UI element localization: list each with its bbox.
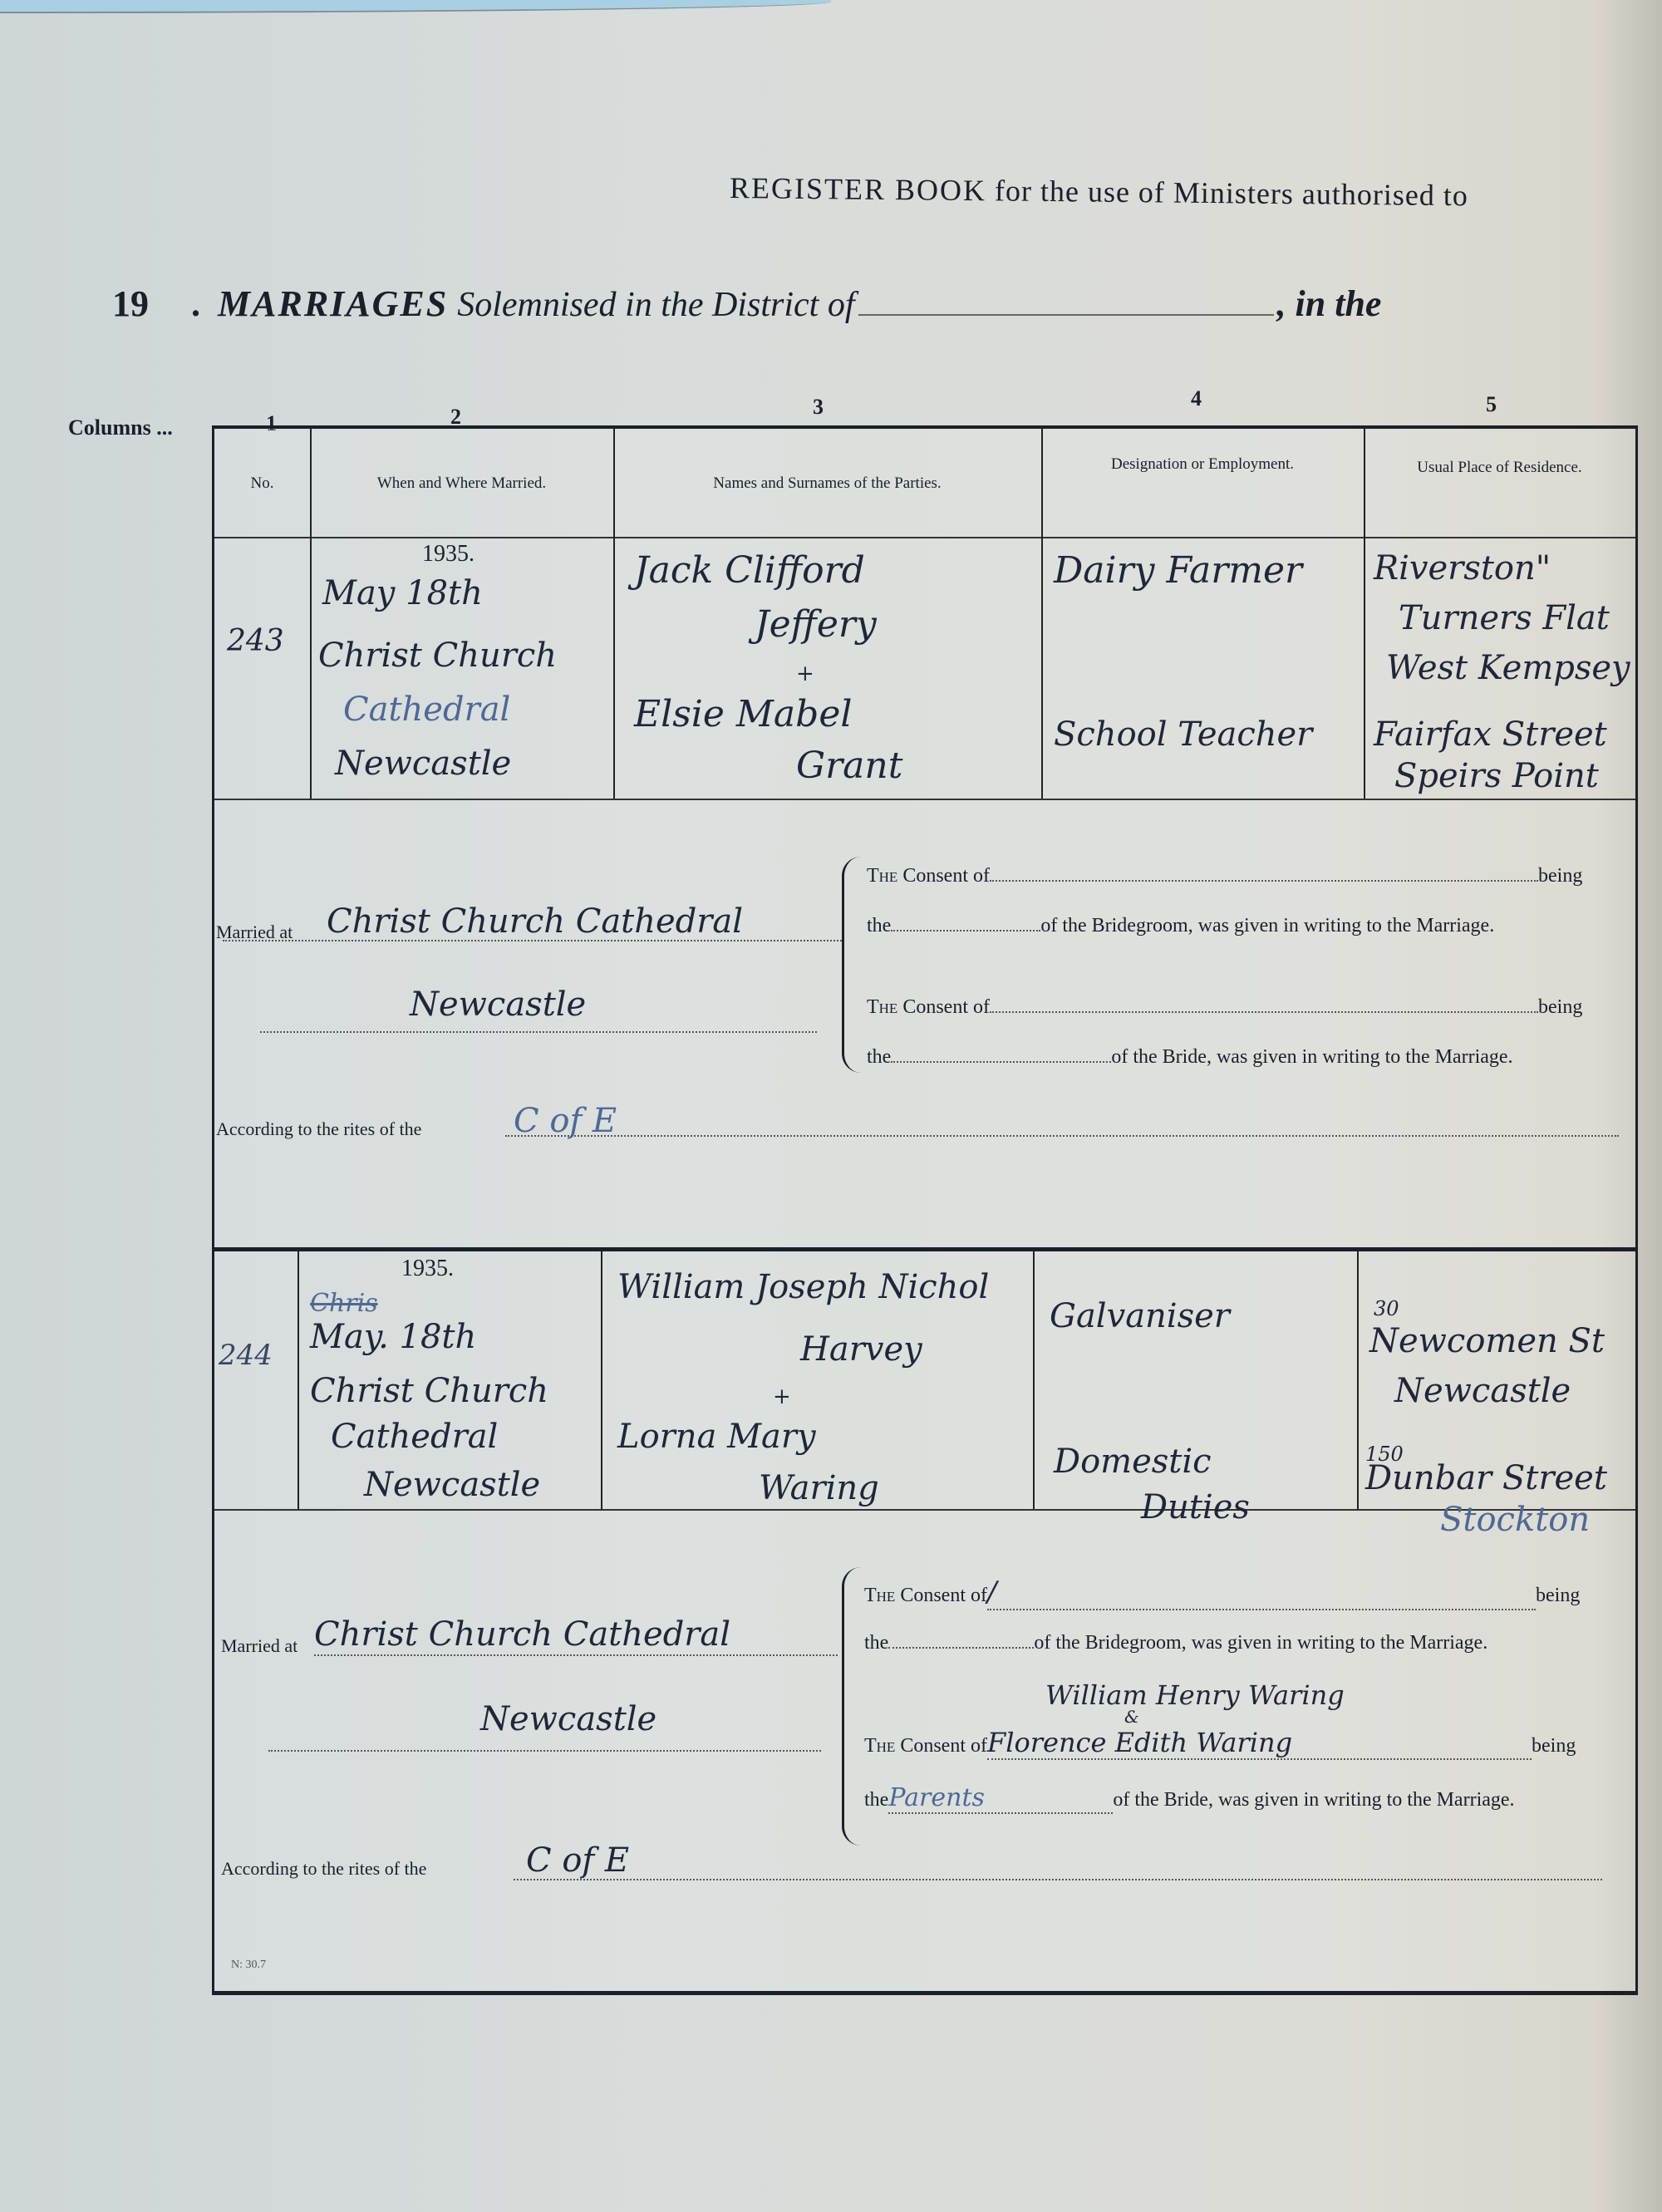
form-code: N: 30.7 [231, 1959, 266, 1972]
rites-value: C of E [526, 1841, 629, 1880]
header-residence: Usual Place of Residence. [1364, 459, 1635, 477]
being-label: being [1538, 865, 1582, 887]
groom-occupation: Galvaniser [1050, 1297, 1230, 1335]
bride-name-line: Grant [796, 745, 902, 787]
column-divider [1364, 537, 1365, 799]
the-label: the [867, 915, 891, 936]
married-at-line2: Newcastle [410, 986, 586, 1024]
married-at-rule [260, 1031, 817, 1033]
bride-residence-line: Dunbar Street [1365, 1459, 1607, 1497]
column-divider [613, 537, 615, 799]
consent-the: The [864, 1735, 895, 1757]
bride-residence-line: Fairfax Street [1374, 715, 1607, 754]
entry-place-line: Newcastle [364, 1466, 540, 1504]
column-divider [297, 1251, 299, 1509]
entry-place-line: Cathedral [331, 1418, 498, 1456]
groom-residence-line: Turners Flat [1399, 599, 1610, 637]
consent-bride-of-field[interactable] [990, 1011, 1538, 1013]
header-when-where: When and Where Married. [310, 474, 613, 493]
groom-name-line: Jack Clifford [634, 549, 865, 592]
table-row: 244 1935. Chris May. 18th Christ Church … [214, 1251, 1635, 1511]
entry-number: 243 [227, 624, 284, 658]
bride-occupation-line: Domestic [1054, 1443, 1212, 1481]
entry-date: May. 18th [310, 1318, 476, 1356]
consent-groom-of-field[interactable] [990, 880, 1538, 882]
consent-of-label: Consent of [902, 996, 990, 1018]
married-at-rule [314, 1654, 838, 1656]
joiner: + [773, 1384, 791, 1409]
column-number-3: 3 [813, 395, 824, 420]
bride-name-line: Waring [759, 1469, 879, 1507]
married-at-rule [223, 940, 842, 941]
being-label: being [1536, 1585, 1580, 1606]
entry-year: 1935. [401, 1256, 454, 1282]
heading-end: , in the [1277, 283, 1382, 324]
entry-place-line: Christ Church [310, 1372, 548, 1410]
consent-bride-of-field[interactable]: Florence Edith Waring [987, 1727, 1532, 1760]
columns-label: Columns ... [68, 415, 173, 440]
header-names: Names and Surnames of the Parties. [613, 474, 1041, 493]
consent-groom-relation-field[interactable] [888, 1647, 1034, 1649]
entry-date-struck: Chris [310, 1289, 378, 1318]
consent-bride-line2: theParentsof the Bride, was given in wri… [864, 1783, 1515, 1814]
consent-bride-relation-field[interactable] [891, 1061, 1111, 1063]
groom-residence-line: Newcastle [1394, 1372, 1571, 1410]
groom-occupation: Dairy Farmer [1054, 549, 1302, 592]
column-divider [1041, 429, 1043, 537]
groom-residence-line: West Kempsey [1386, 649, 1630, 687]
consent-bride-relation-field[interactable]: Parents [888, 1783, 1113, 1814]
consent-bride-joiner: & [1124, 1707, 1139, 1727]
column-divider [310, 537, 312, 799]
groom-name-line: Harvey [800, 1330, 922, 1369]
column-divider [1041, 537, 1043, 799]
the-label: the [864, 1632, 888, 1654]
consent-of-label: Consent of [900, 1735, 987, 1757]
entry-place-line: Newcastle [335, 745, 511, 783]
consent-bride-line2: theof the Bride, was given in writing to… [867, 1046, 1513, 1069]
dot-separator: . [191, 283, 200, 324]
entry-number: 244 [219, 1339, 273, 1372]
being-label: being [1538, 996, 1582, 1018]
marriage-details-244: Married at Christ Church Cathedral Newca… [214, 1509, 1635, 1974]
married-at-rule [268, 1750, 821, 1752]
bride-residence-line: Speirs Point [1394, 757, 1599, 795]
consent-groom-suffix: of the Bridegroom, was given in writing … [1034, 1632, 1487, 1654]
column-divider [601, 1251, 602, 1509]
table-row: 243 1935. May 18th Christ Church Cathedr… [214, 537, 1635, 800]
groom-name-line: William Joseph Nichol [617, 1268, 989, 1306]
consent-groom-suffix: of the Bridegroom, was given in writing … [1040, 915, 1494, 936]
consent-bride-parent-1: William Henry Waring [1045, 1679, 1345, 1711]
married-at-value: Christ Church Cathedral [327, 902, 743, 941]
joiner: + [796, 661, 814, 686]
the-label: the [867, 1046, 891, 1068]
column-divider [1033, 1251, 1035, 1509]
consent-groom-line1: The Consent ofbeing [867, 865, 1582, 887]
header-no: No. [214, 474, 310, 493]
table-header-row: No. When and Where Married. Names and Su… [214, 429, 1635, 538]
the-label: the [864, 1789, 888, 1811]
married-at-line2: Newcastle [480, 1700, 656, 1738]
groom-residence-line: Riverston" [1374, 549, 1551, 587]
consent-groom-relation-field[interactable] [891, 930, 1040, 931]
bride-occupation: School Teacher [1054, 715, 1312, 754]
consent-bride-line1: The Consent ofbeing [867, 996, 1582, 1019]
column-number-5: 5 [1486, 392, 1497, 417]
groom-residence-line: Newcomen St [1369, 1322, 1605, 1360]
consent-of-label: Consent of [902, 865, 990, 887]
page-top-edge [0, 0, 831, 13]
consent-the: The [864, 1585, 895, 1606]
brace [842, 857, 861, 1073]
column-divider [1364, 429, 1365, 537]
marriage-details-243: Married at Christ Church Cathedral Newca… [214, 799, 1635, 1189]
register-title: REGISTER BOOK for the use of Ministers a… [730, 170, 1468, 213]
entry-year: 1935. [422, 541, 475, 568]
heading-rest: Solemnised in the District of [457, 286, 854, 324]
consent-groom-of-field[interactable]: / [987, 1575, 1536, 1610]
entry-place-line: Cathedral [343, 691, 510, 729]
rites-label: According to the rites of the [221, 1858, 426, 1880]
rites-rule [505, 1135, 1619, 1137]
entry-date: May 18th [322, 574, 483, 612]
married-at-value: Christ Church Cathedral [314, 1615, 730, 1654]
consent-bride-suffix: of the Bride, was given in writing to th… [1113, 1789, 1514, 1811]
header-designation: Designation or Employment. [1041, 455, 1364, 474]
marriages-heading: 19 . MARRIAGES Solemnised in the Distric… [112, 283, 1381, 325]
page-number: 19 [112, 283, 149, 324]
rites-rule [514, 1879, 1602, 1880]
bride-name-line: Elsie Mabel [634, 693, 852, 735]
consent-the: The [867, 865, 897, 887]
groom-name-line: Jeffery [755, 603, 877, 646]
married-at-label: Married at [221, 1635, 297, 1657]
column-divider [1357, 1251, 1359, 1509]
consent-groom-line2: theof the Bridegroom, was given in writi… [867, 915, 1494, 937]
title-rest: for the use of Ministers authorised to [995, 174, 1468, 212]
entry-place-line: Christ Church [318, 637, 557, 675]
consent-the: The [867, 996, 897, 1018]
district-field[interactable] [858, 314, 1274, 316]
being-label: being [1532, 1735, 1576, 1757]
column-number-4: 4 [1191, 386, 1202, 411]
heading-marriages: MARRIAGES [218, 283, 448, 324]
consent-groom-line2: theof the Bridegroom, was given in writi… [864, 1632, 1487, 1654]
title-caps: REGISTER BOOK [730, 171, 986, 207]
consent-groom-line1: The Consent of/being [864, 1575, 1580, 1610]
brace [842, 1567, 861, 1846]
consent-bride-line1: The Consent ofFlorence Edith Waringbeing [864, 1727, 1576, 1760]
consent-of-label: Consent of [900, 1585, 987, 1606]
bride-name-line: Lorna Mary [617, 1418, 816, 1456]
register-table: No. When and Where Married. Names and Su… [212, 425, 1638, 1995]
groom-residence-number: 30 [1374, 1297, 1399, 1320]
rites-label: According to the rites of the [216, 1118, 421, 1140]
consent-bride-suffix: of the Bride, was given in writing to th… [1111, 1046, 1512, 1068]
